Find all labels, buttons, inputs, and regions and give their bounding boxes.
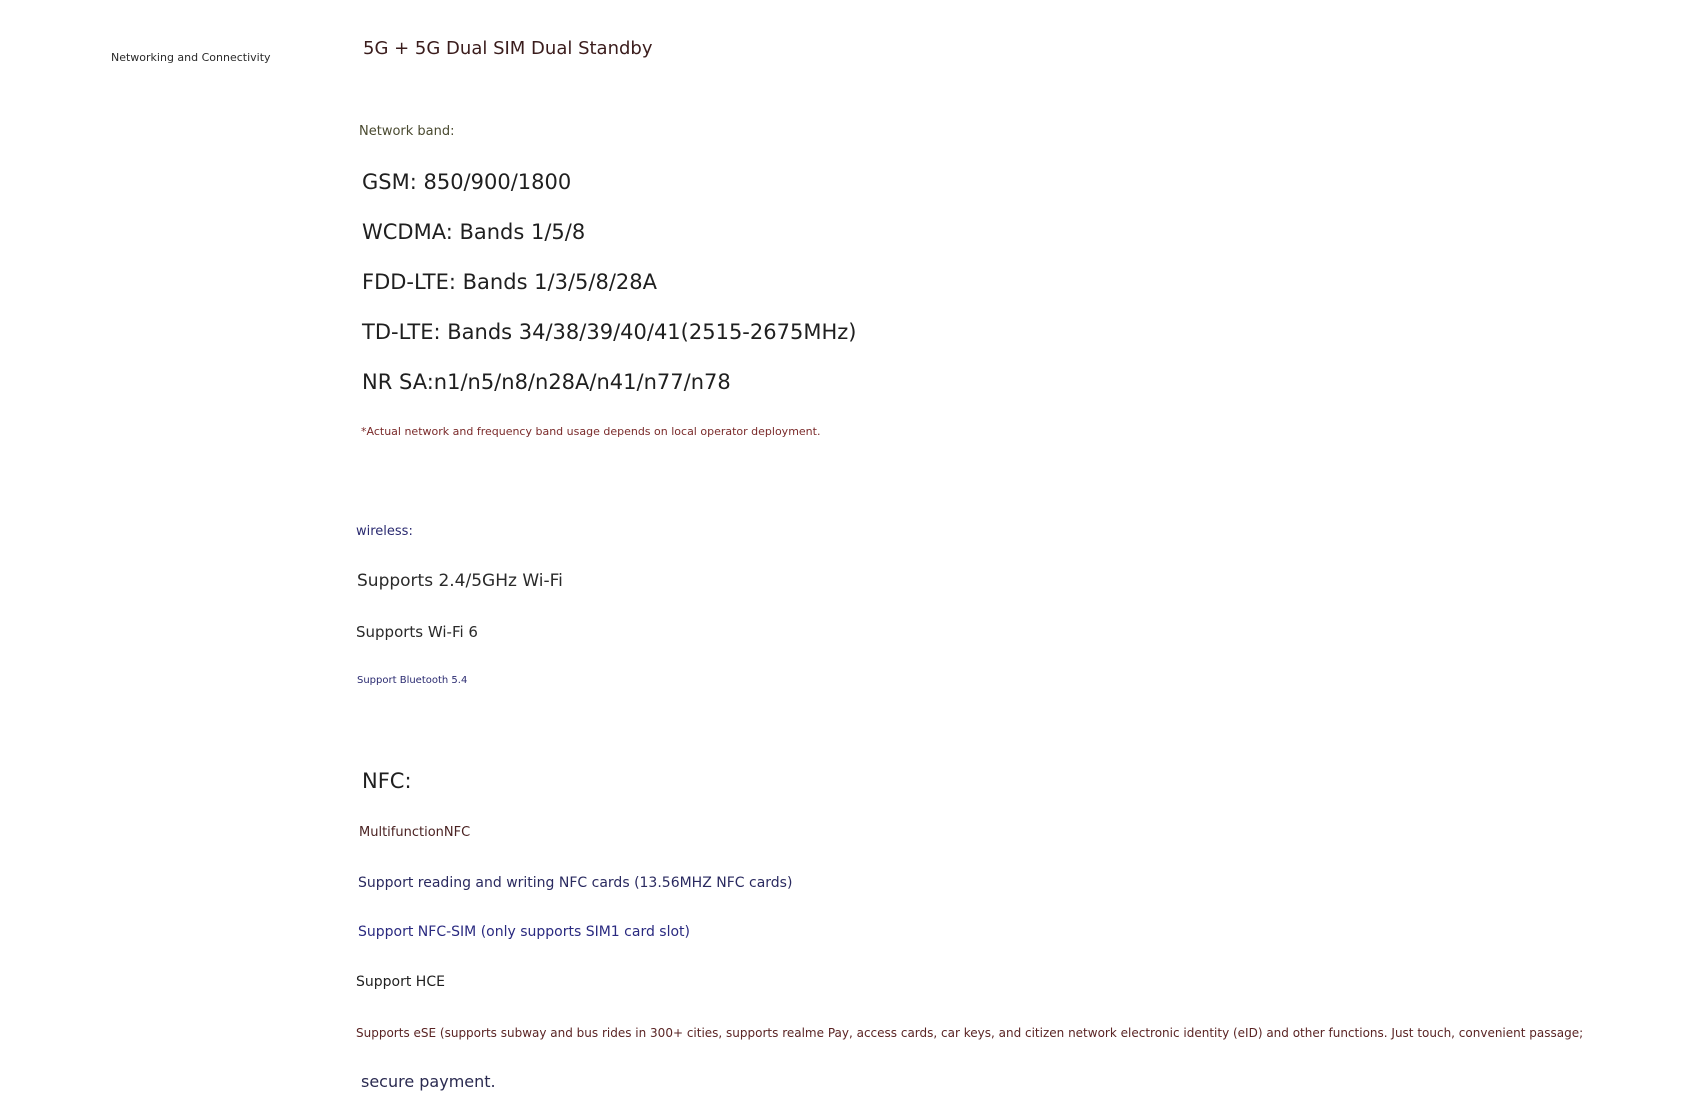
- nfc-hce: Support HCE: [356, 975, 445, 989]
- band-fdd-lte: FDD-LTE: Bands 1/3/5/8/28A: [362, 272, 657, 293]
- section-label-networking: Networking and Connectivity: [111, 52, 271, 63]
- band-gsm: GSM: 850/900/1800: [362, 172, 571, 193]
- dual-sim-heading: 5G + 5G Dual SIM Dual Standby: [363, 40, 653, 58]
- nfc-multifunction: MultifunctionNFC: [359, 826, 470, 839]
- bluetooth-version: Support Bluetooth 5.4: [357, 676, 467, 686]
- band-nr-sa: NR SA:n1/n5/n8/n28A/n41/n77/n78: [362, 372, 731, 393]
- nfc-secure-payment: secure payment.: [361, 1074, 496, 1090]
- nfc-ese: Supports eSE (supports subway and bus ri…: [356, 1027, 1583, 1039]
- nfc-title: NFC:: [362, 771, 412, 792]
- band-td-lte: TD-LTE: Bands 34/38/39/40/41(2515-2675MH…: [362, 322, 856, 343]
- band-footnote: *Actual network and frequency band usage…: [361, 426, 820, 437]
- band-wcdma: WCDMA: Bands 1/5/8: [362, 222, 585, 243]
- network-band-label: Network band:: [359, 125, 455, 138]
- wifi-dual-band: Supports 2.4/5GHz Wi-Fi: [357, 573, 563, 590]
- wireless-label: wireless:: [356, 525, 413, 538]
- nfc-sim: Support NFC-SIM (only supports SIM1 card…: [358, 925, 690, 939]
- nfc-read-write: Support reading and writing NFC cards (1…: [358, 876, 792, 890]
- wifi-6: Supports Wi-Fi 6: [356, 625, 478, 640]
